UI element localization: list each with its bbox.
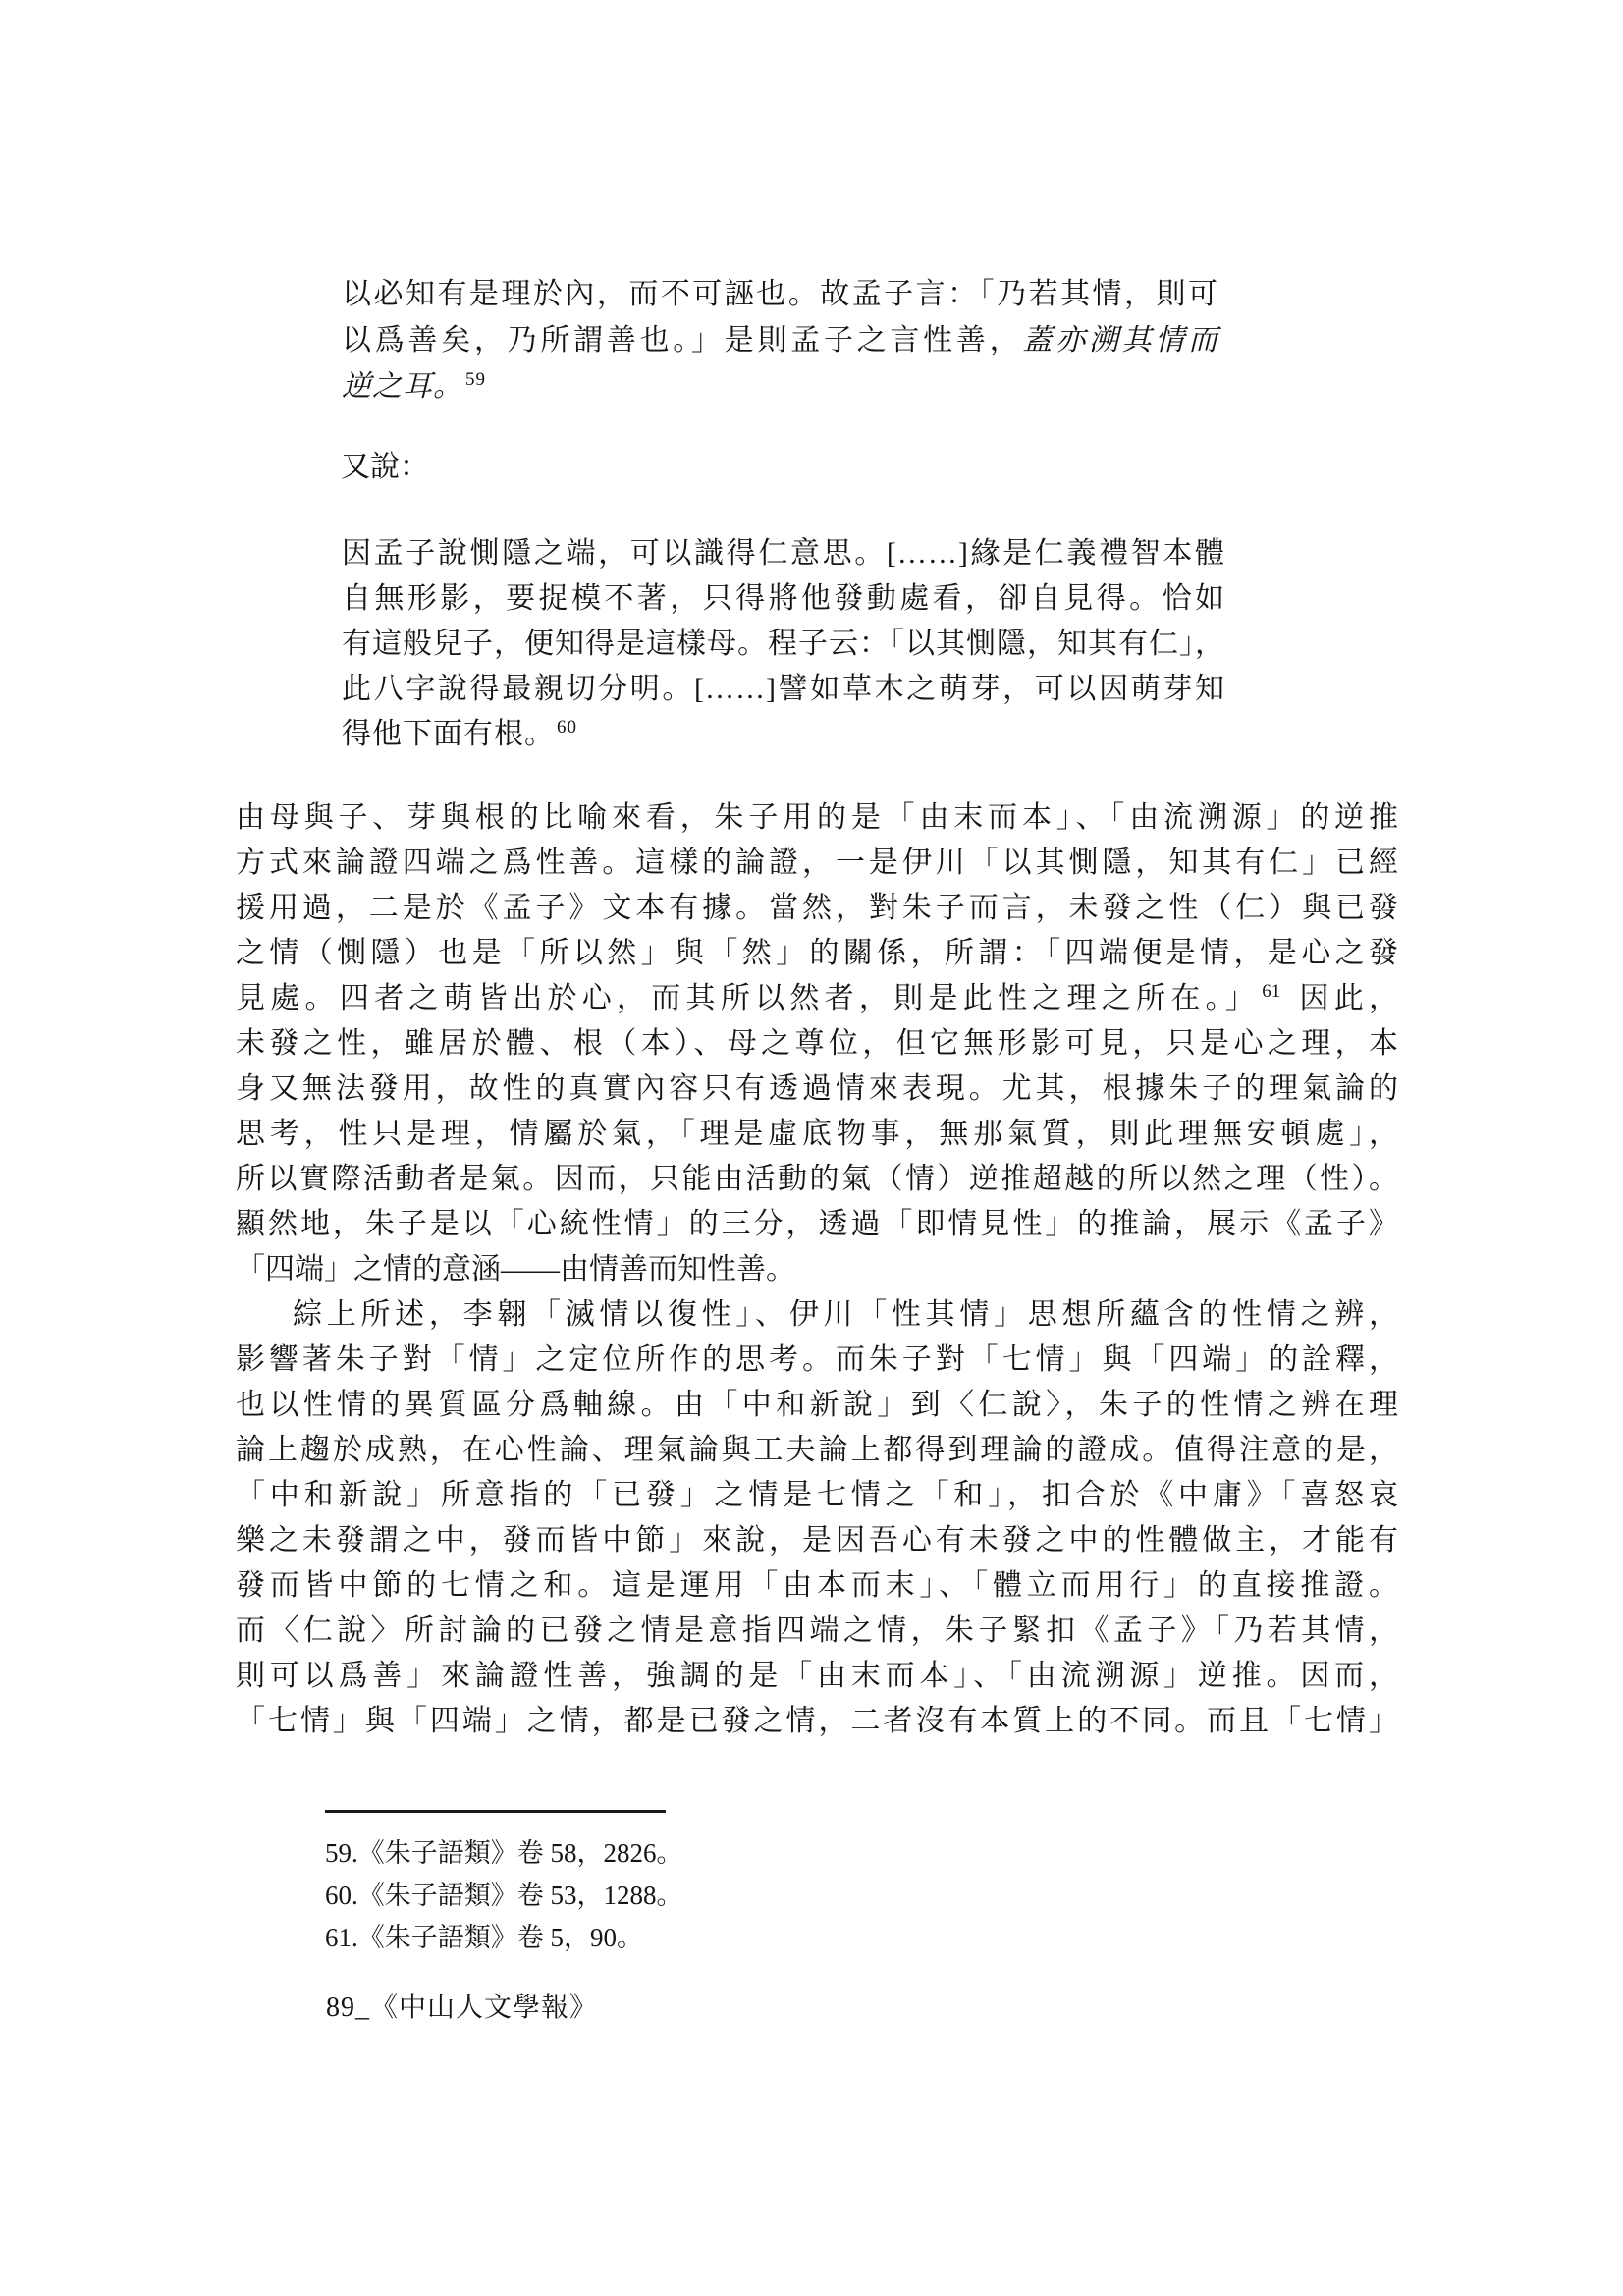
body-line: 也以性情的異質區分爲軸線。由「中和新說」到〈仁說〉，朱子的性情之辨在理 xyxy=(236,1383,1398,1428)
quote-text: 此八字說得最親切分明。[……]譬如草木之萌芽，可以因萌芽知 xyxy=(342,673,1225,705)
quote-line: 因孟子說惻隱之端，可以識得仁意思。[……]緣是仁義禮智本體 xyxy=(342,531,1225,576)
body-line: 而〈仁說〉所討論的已發之情是意指四端之情，朱子緊扣《孟子》「乃若其情， xyxy=(236,1609,1398,1654)
quote-text: 以爲善矣，乃所謂善也。」是則孟子之言性善， xyxy=(342,324,1022,356)
body-line: 見處。四者之萌皆出於心，而其所以然者，則是此性之理之所在。」61因此， xyxy=(236,976,1398,1021)
quote-line: 以爲善矣，乃所謂善也。」是則孟子之言性善，蓋亦溯其情而 xyxy=(342,317,1218,363)
body-line: 樂之未發謂之中，發而皆中節」來說，是因吾心有未發之中的性體做主，才能有 xyxy=(236,1518,1398,1563)
quote-line: 有這般兒子，便知得是這樣母。程子云：「以其惻隱，知其有仁」， xyxy=(342,622,1225,667)
body-text-segment: 見處。四者之萌皆出於心，而其所以然者，則是此性之理之所在。」 xyxy=(236,982,1260,1014)
body-line: 論上趨於成熟，在心性論、理氣論與工夫論上都得到理論的證成。值得注意的是， xyxy=(236,1428,1398,1473)
footnote-ref-59: 59 xyxy=(465,369,486,390)
footnote-item: 60.《朱子語類》卷 53，1288。 xyxy=(325,1875,1209,1917)
body-line: 「四端」之情的意涵——由情善而知性善。 xyxy=(236,1247,1398,1292)
quote-emphasis-text: 逆之耳。 xyxy=(342,370,463,403)
body-line: 之情（惻隱）也是「所以然」與「然」的關係，所謂：「四端便是情，是心之發 xyxy=(236,931,1398,976)
quote-line: 此八字說得最親切分明。[……]譬如草木之萌芽，可以因萌芽知 xyxy=(342,667,1225,712)
body-line: 顯然地，朱子是以「心統性情」的三分，透過「即情見性」的推論，展示《孟子》 xyxy=(236,1202,1398,1247)
quote-lead-in: 又說： xyxy=(341,442,429,485)
body-line: 身又無法發用，故性的真實內容只有透過情來表現。尤其，根據朱子的理氣論的 xyxy=(236,1066,1398,1112)
footnote-item: 61.《朱子語類》卷 5，90。 xyxy=(325,1917,1209,1959)
body-line: 影響著朱子對「情」之定位所作的思考。而朱子對「七情」與「四端」的詮釋， xyxy=(236,1338,1398,1383)
body-line: 由母與子、芽與根的比喻來看，朱子用的是「由末而本」、「由流溯源」的逆推 xyxy=(236,795,1398,841)
footnote-ref-61: 61 xyxy=(1262,981,1280,1002)
quote-text: 有這般兒子，便知得是這樣母。程子云：「以其惻隱，知其有仁」， xyxy=(342,628,1225,660)
quote-line: 逆之耳。59 xyxy=(342,363,1218,410)
quote-text: 得他下面有根。 xyxy=(342,718,555,750)
footnotes: 59.《朱子語類》卷 58，2826。 60.《朱子語類》卷 53，1288。 … xyxy=(325,1832,1209,1959)
body-text-segment: 因此， xyxy=(1294,982,1398,1014)
body-line: 援用過，二是於《孟子》文本有據。當然，對朱子而言，未發之性（仁）與已發 xyxy=(236,886,1398,931)
body-line: 發而皆中節的七情之和。這是運用「由本而末」、「體立而用行」的直接推證。 xyxy=(236,1563,1398,1609)
quote-line: 自無形影，要捉模不著，只得將他發動處看，卻自見得。恰如 xyxy=(342,576,1225,622)
footnote-item: 59.《朱子語類》卷 58，2826。 xyxy=(325,1832,1209,1875)
block-quote-1: 以必知有是理於內，而不可誣也。故孟子言：「乃若其情，則可 以爲善矣，乃所謂善也。… xyxy=(342,271,1218,410)
body-line: 未發之性，雖居於體、根（本）、母之尊位，但它無形影可見，只是心之理，本 xyxy=(236,1021,1398,1066)
document-page: 以必知有是理於內，而不可誣也。故孟子言：「乃若其情，則可 以爲善矣，乃所謂善也。… xyxy=(0,0,1623,2296)
body-text: 由母與子、芽與根的比喻來看，朱子用的是「由末而本」、「由流溯源」的逆推 方式來論… xyxy=(236,795,1398,1744)
body-line: 「中和新說」所意指的「已發」之情是七情之「和」，扣合於《中庸》「喜怒哀 xyxy=(236,1473,1398,1518)
page-footer: 89_《中山人文學報》 xyxy=(326,1986,598,2025)
block-quote-2: 因孟子說惻隱之端，可以識得仁意思。[……]緣是仁義禮智本體 自無形影，要捉模不著… xyxy=(342,531,1225,757)
body-line: 所以實際活動者是氣。因而，只能由活動的氣（情）逆推超越的所以然之理（性）。 xyxy=(236,1157,1398,1202)
body-line-paragraph-start: 綜上所述，李翱「滅情以復性」、伊川「性其情」思想所蘊含的性情之辨， xyxy=(236,1292,1398,1338)
quote-text: 因孟子說惻隱之端，可以識得仁意思。[……]緣是仁義禮智本體 xyxy=(342,537,1225,570)
body-line: 思考，性只是理，情屬於氣，「理是虛底物事，無那氣質，則此理無安頓處」， xyxy=(236,1112,1398,1157)
quote-text: 以必知有是理於內，而不可誣也。故孟子言：「乃若其情，則可 xyxy=(342,278,1218,310)
quote-line: 得他下面有根。60 xyxy=(342,712,1225,757)
quote-line: 以必知有是理於內，而不可誣也。故孟子言：「乃若其情，則可 xyxy=(342,271,1218,317)
quote-text: 自無形影，要捉模不著，只得將他發動處看，卻自見得。恰如 xyxy=(342,582,1225,615)
footnote-ref-60: 60 xyxy=(557,717,577,738)
body-line: 則可以爲善」來論證性善，強調的是「由末而本」、「由流溯源」逆推。因而， xyxy=(236,1654,1398,1699)
body-line: 「七情」與「四端」之情，都是已發之情，二者沒有本質上的不同。而且「七情」 xyxy=(236,1699,1398,1744)
body-line: 方式來論證四端之爲性善。這樣的論證，一是伊川「以其惻隱，知其有仁」已經 xyxy=(236,841,1398,886)
quote-emphasis-text: 蓋亦溯其情而 xyxy=(1022,324,1218,356)
footnote-separator-rule xyxy=(325,1810,666,1813)
